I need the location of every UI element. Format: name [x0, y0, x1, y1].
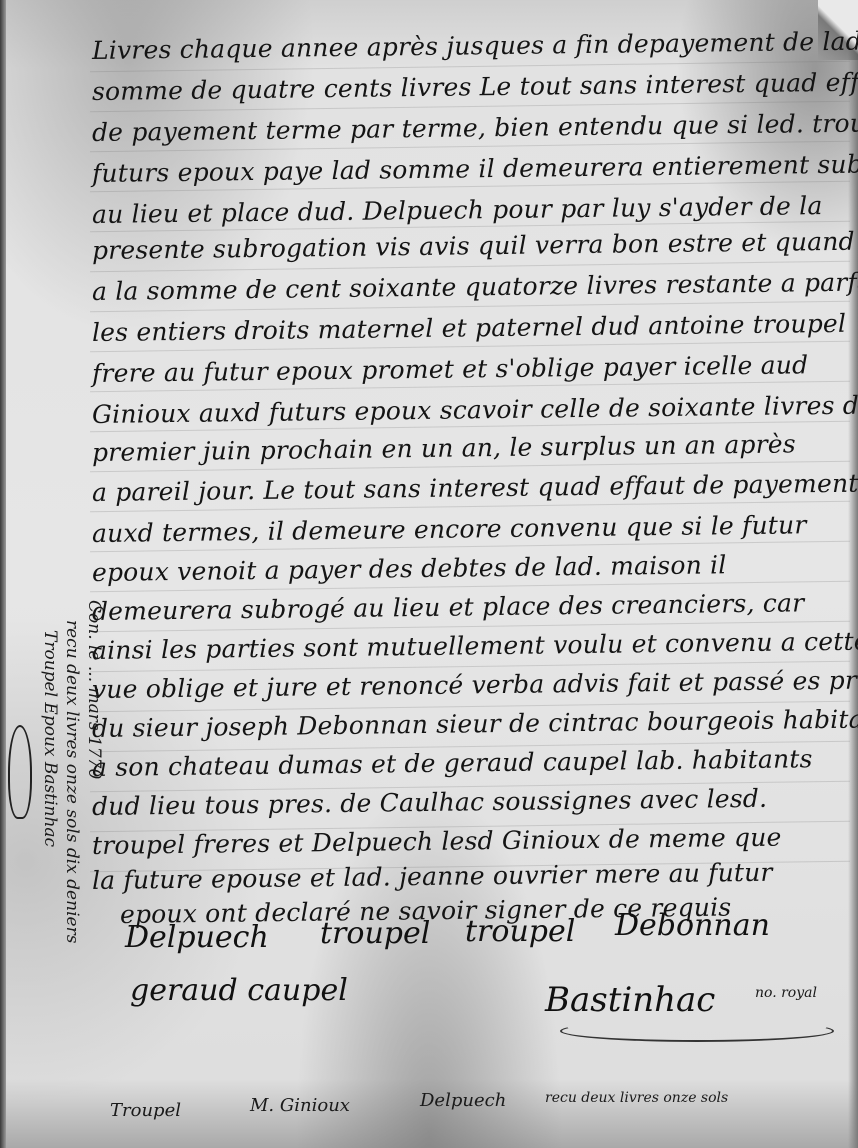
text-line: troupel freres et Delpuech lesd Ginioux …	[92, 823, 782, 860]
text-line: la future epouse et lad. jeanne ouvrier …	[92, 858, 773, 895]
margin-note-line: recu deux livres onze sols dix deniers	[62, 620, 82, 943]
text-line: somme de quatre cents livres Le tout san…	[92, 67, 858, 106]
mark-1: Troupel	[110, 1100, 181, 1121]
signature-troupel-2: troupel	[465, 914, 575, 949]
text-line: epoux venoit a payer des debtes de lad. …	[92, 550, 727, 587]
text-line: Livres chaque annee après jusques a fin …	[92, 26, 858, 65]
margin-note-line: Troupel Epoux Bastinhac	[40, 630, 60, 847]
text-line: premier juin prochain en un an, le surpl…	[92, 429, 796, 467]
text-line: Ginioux auxd futurs epoux scavoir celle …	[92, 390, 858, 429]
text-line: ainsi les parties sont mutuellement voul…	[92, 627, 858, 665]
notary-title: no. royal	[755, 985, 817, 1001]
mark-2: M. Ginioux	[250, 1095, 350, 1116]
receipt-note: recu deux livres onze sols	[545, 1090, 728, 1106]
signature-notary: Bastinhac	[545, 980, 715, 1020]
notary-flourish	[560, 1020, 834, 1042]
text-line: demeurera subrogé au lieu et place des c…	[92, 588, 805, 626]
signature-debonnan: Debonnan	[615, 908, 770, 943]
mark-3: Delpuech	[420, 1090, 506, 1111]
page-left-edge	[0, 0, 6, 1148]
margin-note-line: Con. le ... mars 1770	[84, 600, 104, 779]
signature-geraud-caupel: geraud caupel	[130, 973, 348, 1008]
signature-troupel-1: troupel	[320, 916, 430, 951]
text-line: a la somme de cent soixante quatorze liv…	[92, 267, 858, 306]
signature-delpuech: Delpuech	[125, 920, 269, 955]
text-line: vue oblige et jure et renoncé verba advi…	[92, 665, 858, 704]
text-line: de payement terme par terme, bien entend…	[92, 108, 858, 147]
manuscript-page: Livres chaque annee après jusques a fin …	[0, 0, 858, 1148]
text-line: presente subrogation vis avis quil verra…	[92, 227, 855, 265]
paraph-mark	[8, 725, 32, 819]
text-line: les entiers droits maternel et paternel …	[92, 309, 846, 347]
